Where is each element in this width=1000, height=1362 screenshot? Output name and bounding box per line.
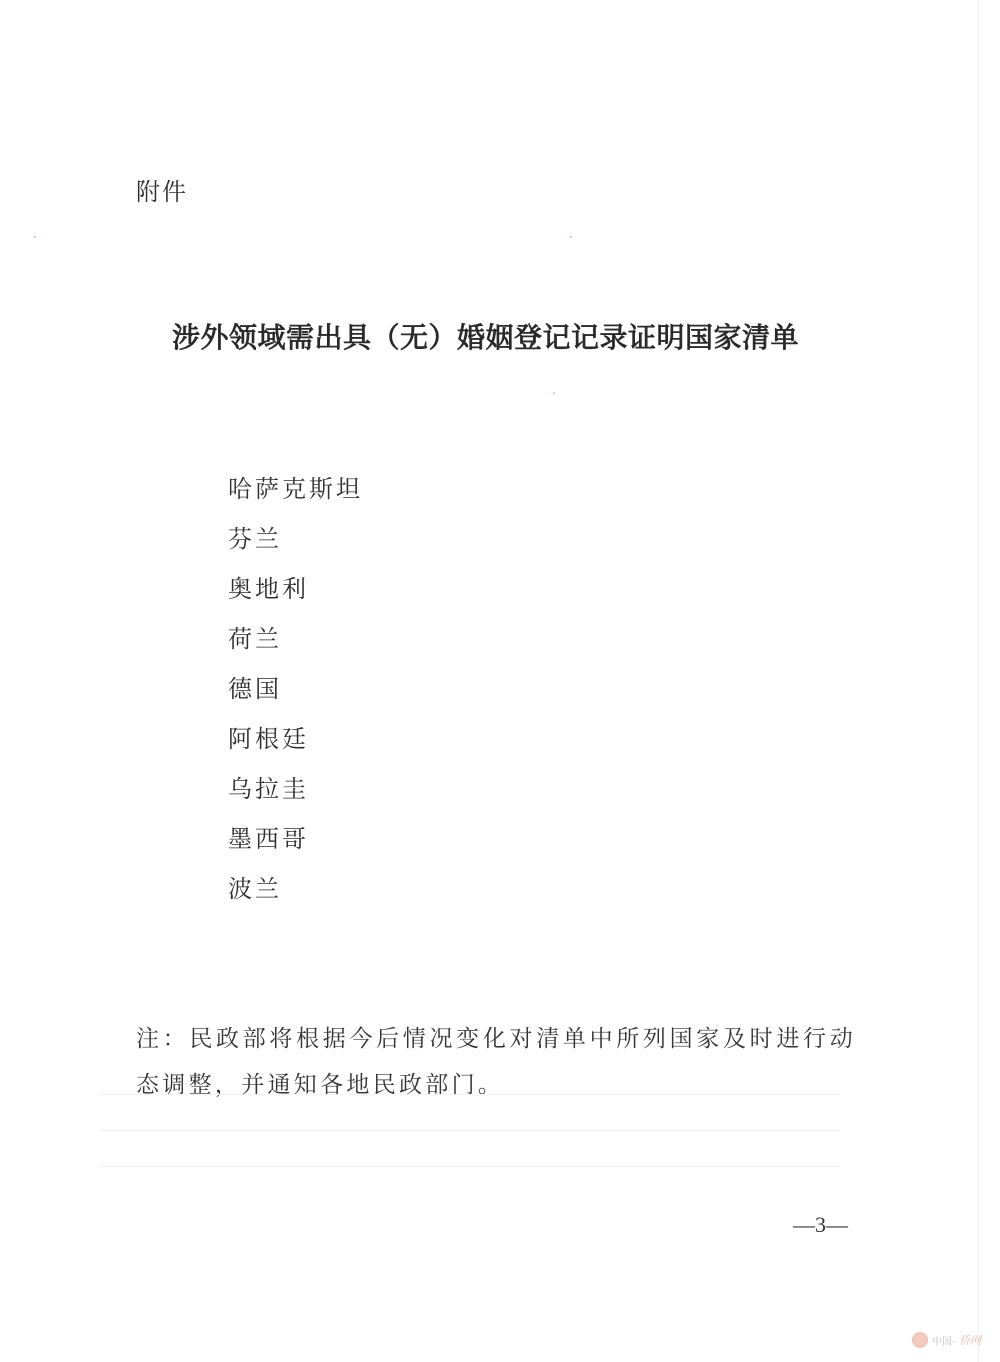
document-page: 附件 涉外领域需出具（无）婚姻登记记录证明国家清单 哈萨克斯坦 芬兰 奥地利 荷… — [0, 0, 1000, 1362]
attachment-label: 附件 — [136, 172, 188, 207]
list-item-country: 阿根廷 — [228, 722, 363, 772]
list-item-country: 荷兰 — [228, 622, 363, 672]
list-item-country: 哈萨克斯坦 — [228, 472, 363, 522]
scan-bleed-through — [100, 1090, 840, 1170]
bleed-line — [100, 1166, 840, 1167]
list-item-country: 奥地利 — [228, 572, 363, 622]
list-item-country: 墨西哥 — [228, 822, 363, 872]
watermark: 中国· 侨网 — [912, 1332, 981, 1348]
page-number: —3— — [793, 1212, 848, 1238]
national-emblem-icon — [912, 1332, 928, 1348]
country-list: 哈萨克斯坦 芬兰 奥地利 荷兰 德国 阿根廷 乌拉圭 墨西哥 波兰 — [228, 472, 363, 922]
watermark-text-right: 侨网 — [959, 1332, 981, 1348]
list-item-country: 芬兰 — [228, 522, 363, 572]
scan-edge — [978, 0, 979, 1362]
list-item-country: 波兰 — [228, 872, 363, 922]
document-title: 涉外领域需出具（无）婚姻登记记录证明国家清单 — [172, 316, 799, 356]
bleed-line — [100, 1130, 840, 1131]
list-item-country: 德国 — [228, 672, 363, 722]
list-item-country: 乌拉圭 — [228, 772, 363, 822]
bleed-line — [100, 1094, 840, 1095]
scan-speck — [34, 236, 36, 238]
scan-speck — [553, 392, 555, 394]
scan-speck — [570, 236, 572, 238]
watermark-text-left: 中国· — [932, 1333, 955, 1348]
